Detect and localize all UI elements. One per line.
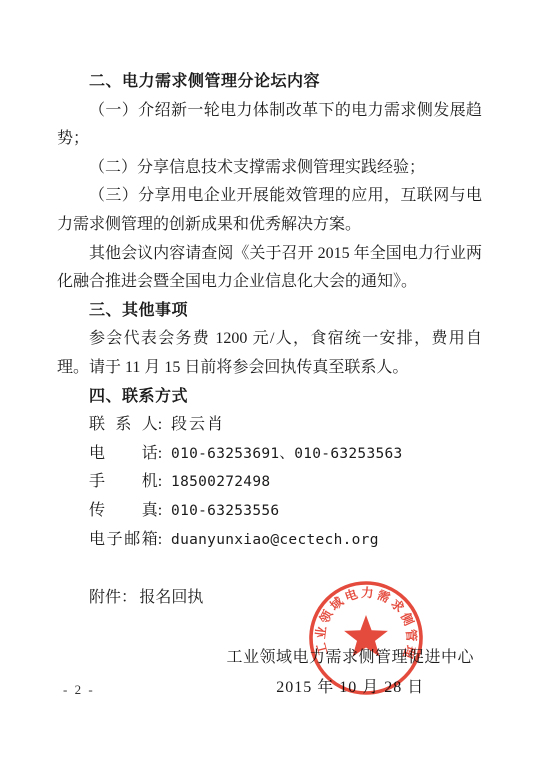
contact-label: 电子邮箱 [89,526,158,555]
contact-row-phone: 电话:010-63253691、010-63253563 [57,440,482,469]
forum-item-2: （二）分享信息技术支撑需求侧管理实践经验； [57,154,482,183]
document-page: { "colors": { "paper": "#ffffff", "text"… [0,0,538,760]
forum-item-1: （一）介绍新一轮电力体制改革下的电力需求侧发展趋势； [57,97,482,154]
contact-person-name: 段云肖 [171,416,225,433]
heading-other-matters: 三、其他事项 [57,297,482,326]
contact-label: 联系人 [89,411,158,440]
document-body: 二、电力需求侧管理分论坛内容 （一）介绍新一轮电力体制改革下的电力需求侧发展趋势… [57,68,482,703]
signature-organization: 工业领域电力需求侧管理促进中心 [226,643,474,673]
contact-label: 传真 [89,497,158,526]
signature-area: 工业领域电力需求侧管理促进中心 2015 年 10 月 28 日 [57,643,482,703]
contact-email-address: duanyunxiao@cectech.org [171,532,379,548]
contact-label: 手机 [89,468,158,497]
contact-row-fax: 传真:010-63253556 [57,497,482,526]
contact-colon: : [158,473,162,490]
page-number: - 2 - [63,682,95,698]
forum-item-3: （三）分享用电企业开展能效管理的应用，互联网与电力需求侧管理的创新成果和优秀解决… [57,182,482,239]
contact-phone-numbers: 010-63253691、010-63253563 [171,446,403,462]
contact-colon: : [158,445,162,462]
contact-row-email: 电子邮箱:duanyunxiao@cectech.org [57,526,482,555]
fee-notice-paragraph: 参会代表会务费 1200 元/人，食宿统一安排，费用自理。请于 11 月 15 … [57,325,482,382]
contact-colon: : [158,416,162,433]
contact-colon: : [158,502,162,519]
contact-row-mobile: 手机:18500272498 [57,468,482,497]
heading-contact-info: 四、联系方式 [57,383,482,412]
attachment-value: 报名回执 [139,589,203,606]
signature-date: 2015 年 10 月 28 日 [226,673,474,703]
contact-fax-number: 010-63253556 [171,503,279,519]
contact-colon: : [158,531,162,548]
attachment-line: 附件：报名回执 [57,584,482,613]
contact-label: 电话 [89,440,158,469]
heading-forum-content: 二、电力需求侧管理分论坛内容 [57,68,482,97]
attachment-label: 附件： [89,589,137,606]
signature-block: 工业领域电力需求侧管理促进中心 2015 年 10 月 28 日 [226,643,474,703]
contact-mobile-number: 18500272498 [171,474,270,490]
contact-row-name: 联系人:段云肖 [57,411,482,440]
other-meeting-paragraph: 其他会议内容请查阅《关于召开 2015 年全国电力行业两化融合推进会暨全国电力企… [57,240,482,297]
